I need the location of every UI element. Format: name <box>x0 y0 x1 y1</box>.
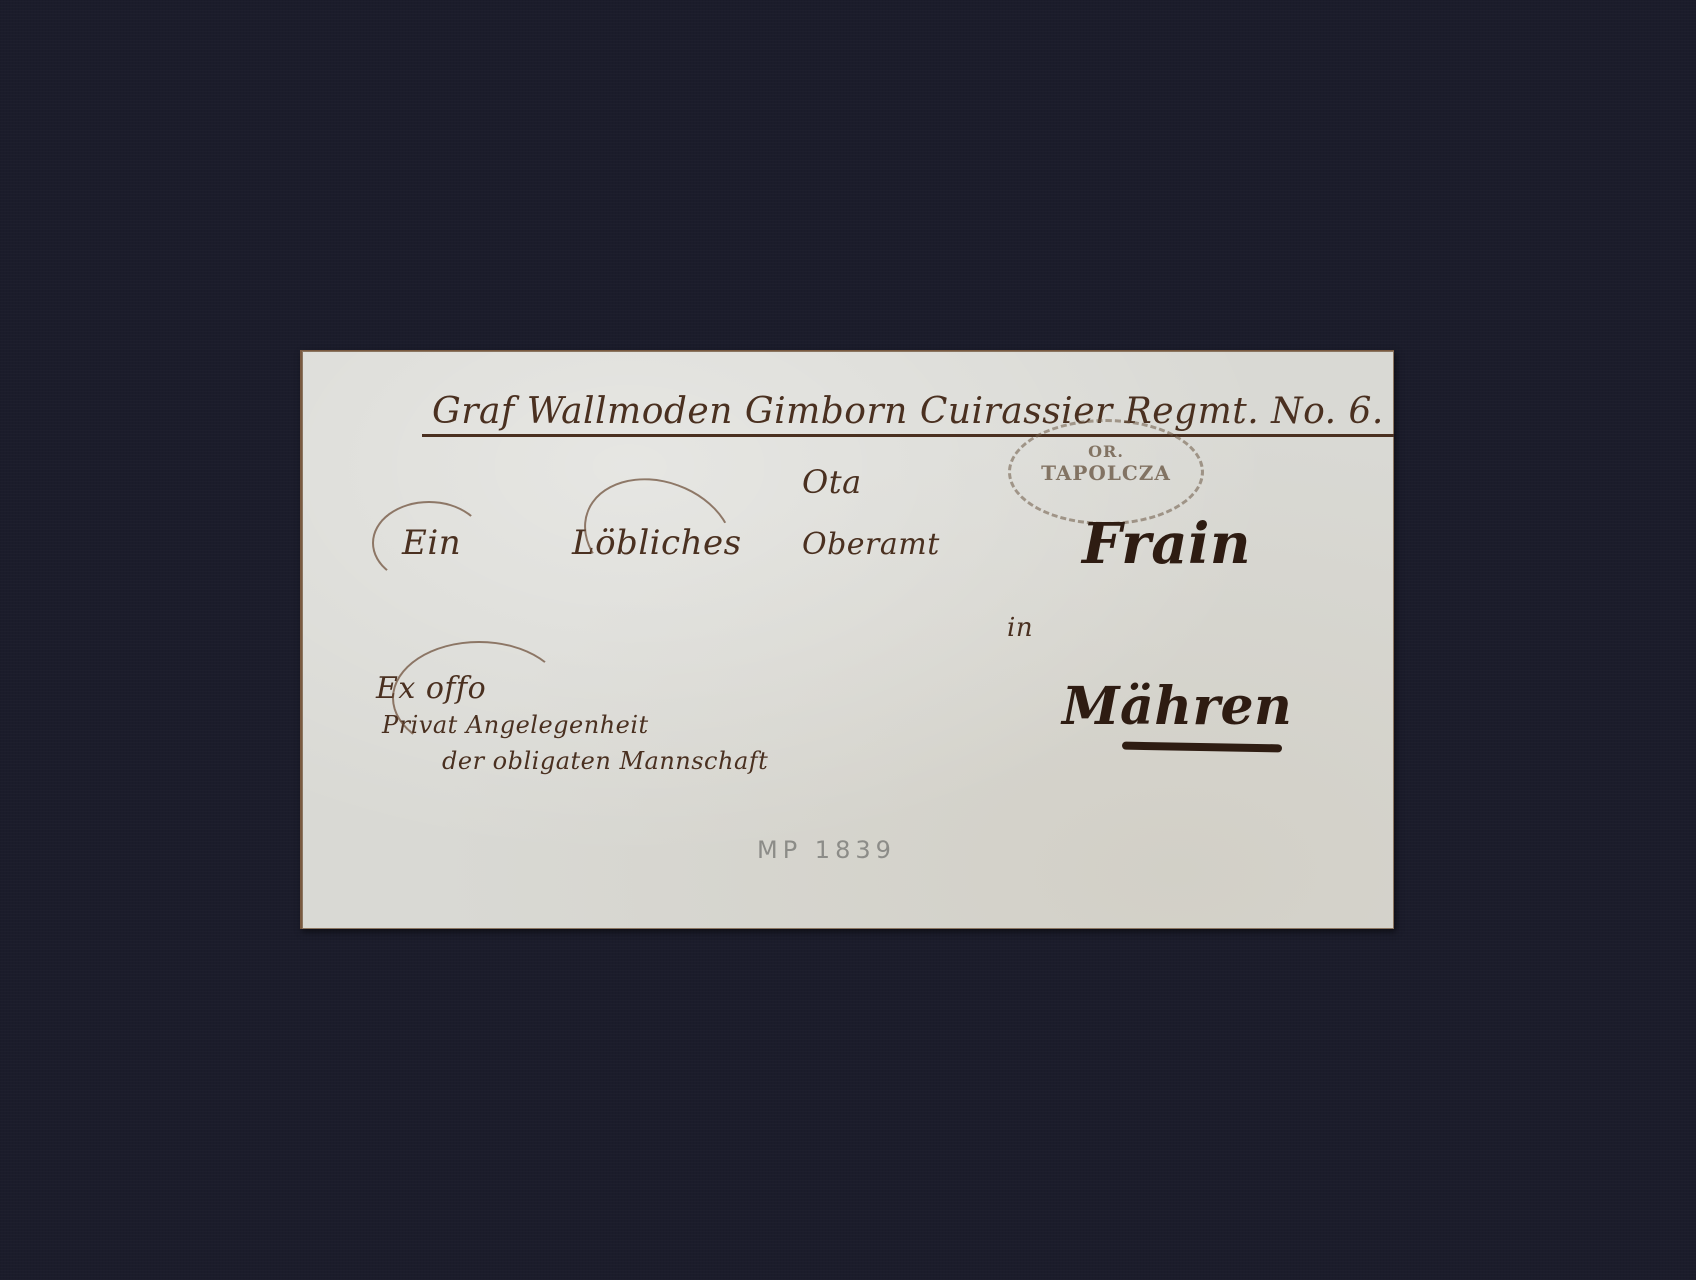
preposition-in: in <box>1007 613 1033 643</box>
pen-flourish <box>372 501 486 585</box>
pen-flourish <box>392 641 566 755</box>
postmark-stamp: OR. TAPOLCZA <box>1008 419 1204 525</box>
postmark-town-text: TAPOLCZA <box>1011 461 1201 485</box>
dark-mount-background: Graf Wallmoden Gimborn Cuirassier Regmt.… <box>0 0 1696 1280</box>
postal-cover: Graf Wallmoden Gimborn Cuirassier Regmt.… <box>300 350 1394 929</box>
destination-town: Frain <box>1082 511 1251 577</box>
office-name: Oberamt <box>802 527 940 562</box>
region-underline <box>1122 742 1282 753</box>
destination-region: Mähren <box>1062 676 1292 737</box>
sender-regiment-line: Graf Wallmoden Gimborn Cuirassier Regmt.… <box>422 391 1394 437</box>
postmark-top-text: OR. <box>1011 442 1201 461</box>
pen-flourish <box>567 458 751 618</box>
pencil-annotation: MP 1839 <box>757 836 896 864</box>
office-superscript: Ota <box>802 463 862 501</box>
